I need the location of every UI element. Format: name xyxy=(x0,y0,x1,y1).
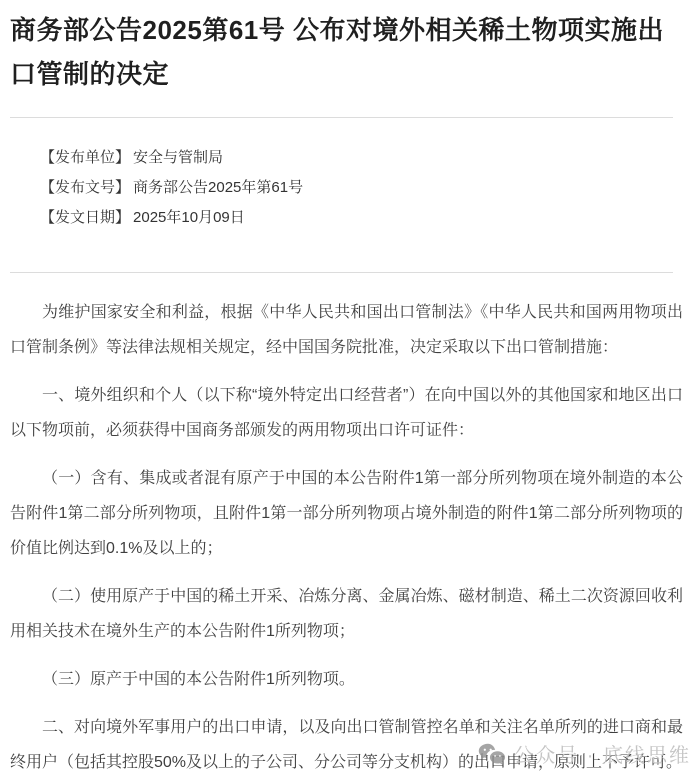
meta-doc-number-label: 【发布文号】 xyxy=(40,179,130,196)
meta-issue-date-label: 【发文日期】 xyxy=(40,209,130,226)
meta-block: 【发布单位】安全与管制局 【发布文号】商务部公告2025年第61号 【发文日期】… xyxy=(0,118,693,228)
meta-publisher: 【发布单位】安全与管制局 xyxy=(40,148,693,168)
body-paragraph-article-2: 二、对向境外军事用户的出口申请，以及向出口管制管控名单和关注名单所列的进口商和最… xyxy=(10,710,683,777)
meta-publisher-value: 安全与管制局 xyxy=(133,149,223,166)
body-paragraph-item-2: （二）使用原产于中国的稀土开采、冶炼分离、金属冶炼、磁材制造、稀土二次资源回收利… xyxy=(10,579,683,649)
meta-publisher-label: 【发布单位】 xyxy=(40,149,130,166)
meta-issue-date-value: 2025年10月09日 xyxy=(133,209,245,226)
body-paragraph-article-1: 一、境外组织和个人（以下称“境外特定出口经营者”）在向中国以外的其他国家和地区出… xyxy=(10,378,683,448)
announcement-page: 商务部公告2025第61号 公布对境外相关稀土物项实施出口管制的决定 【发布单位… xyxy=(0,8,693,777)
body-paragraph-item-3: （三）原产于中国的本公告附件1所列物项。 xyxy=(10,662,683,697)
body-paragraph-item-1: （一）含有、集成或者混有原产于中国的本公告附件1第一部分所列物项在境外制造的本公… xyxy=(10,461,683,566)
meta-issue-date: 【发文日期】2025年10月09日 xyxy=(40,208,693,228)
meta-doc-number: 【发布文号】商务部公告2025年第61号 xyxy=(40,178,693,198)
body-paragraph-intro: 为维护国家安全和利益，根据《中华人民共和国出口管制法》《中华人民共和国两用物项出… xyxy=(10,295,683,365)
page-title: 商务部公告2025第61号 公布对境外相关稀土物项实施出口管制的决定 xyxy=(10,8,675,96)
announcement-body: 为维护国家安全和利益，根据《中华人民共和国出口管制法》《中华人民共和国两用物项出… xyxy=(0,273,693,777)
meta-doc-number-value: 商务部公告2025年第61号 xyxy=(133,179,303,196)
